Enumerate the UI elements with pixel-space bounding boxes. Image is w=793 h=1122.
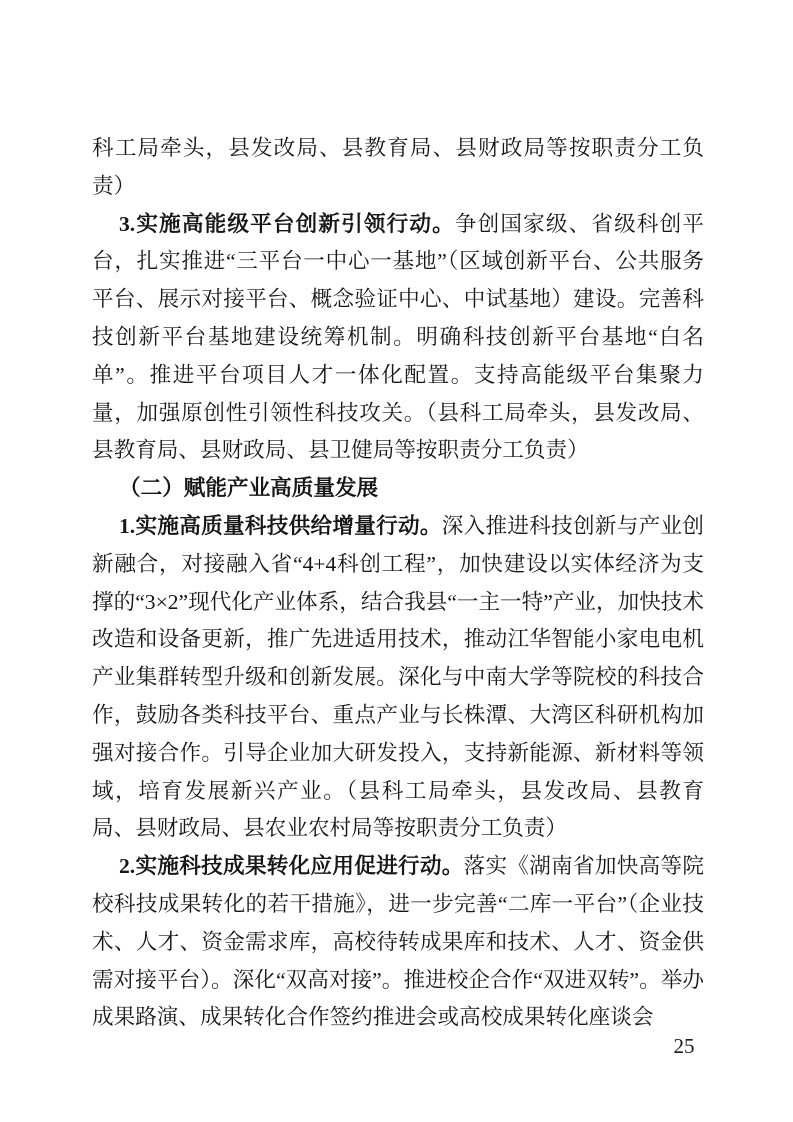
page-number: 25 (662, 1034, 706, 1058)
paragraph-action-item-2: 2.实施科技成果转化应用促进行动。落实《湖南省加快高等院校科技成果转化的若干措施… (92, 848, 704, 1037)
document-page: 科工局牵头，县发改局、县教育局、县财政局等按职责分工负责） 3.实施高能级平台创… (0, 0, 793, 1122)
action-item-title: 1.实施高质量科技供给增量行动。 (119, 514, 442, 538)
section-heading-text: （二）赋能产业高质量发展 (119, 476, 378, 500)
paragraph-text: 深入推进科技创新与产业创新融合，对接融入省“4+4科创工程”，加快建设以实体经济… (92, 514, 704, 840)
paragraph-action-item-3: 3.实施高能级平台创新引领行动。争创国家级、省级科创平台，扎实推进“三平台一中心… (92, 206, 704, 471)
paragraph-action-item-1: 1.实施高质量科技供给增量行动。深入推进科技创新与产业创新融合，对接融入省“4+… (92, 508, 704, 848)
document-body: 科工局牵头，县发改局、县教育局、县财政局等按职责分工负责） 3.实施高能级平台创… (92, 130, 704, 1037)
paragraph-text: 落实《湖南省加快高等院校科技成果转化的若干措施》，进一步完善“二库一平台”（企业… (92, 854, 704, 1029)
action-item-title: 3.实施高能级平台创新引领行动。 (119, 212, 455, 236)
action-item-title: 2.实施科技成果转化应用促进行动。 (119, 854, 464, 878)
section-heading: （二）赋能产业高质量发展 (92, 470, 704, 508)
paragraph-text: 科工局牵头，县发改局、县教育局、县财政局等按职责分工负责） (92, 136, 704, 198)
paragraph-continuation: 科工局牵头，县发改局、县教育局、县财政局等按职责分工负责） (92, 130, 704, 206)
paragraph-text: 争创国家级、省级科创平台，扎实推进“三平台一中心一基地”（区域创新平台、公共服务… (92, 212, 704, 463)
